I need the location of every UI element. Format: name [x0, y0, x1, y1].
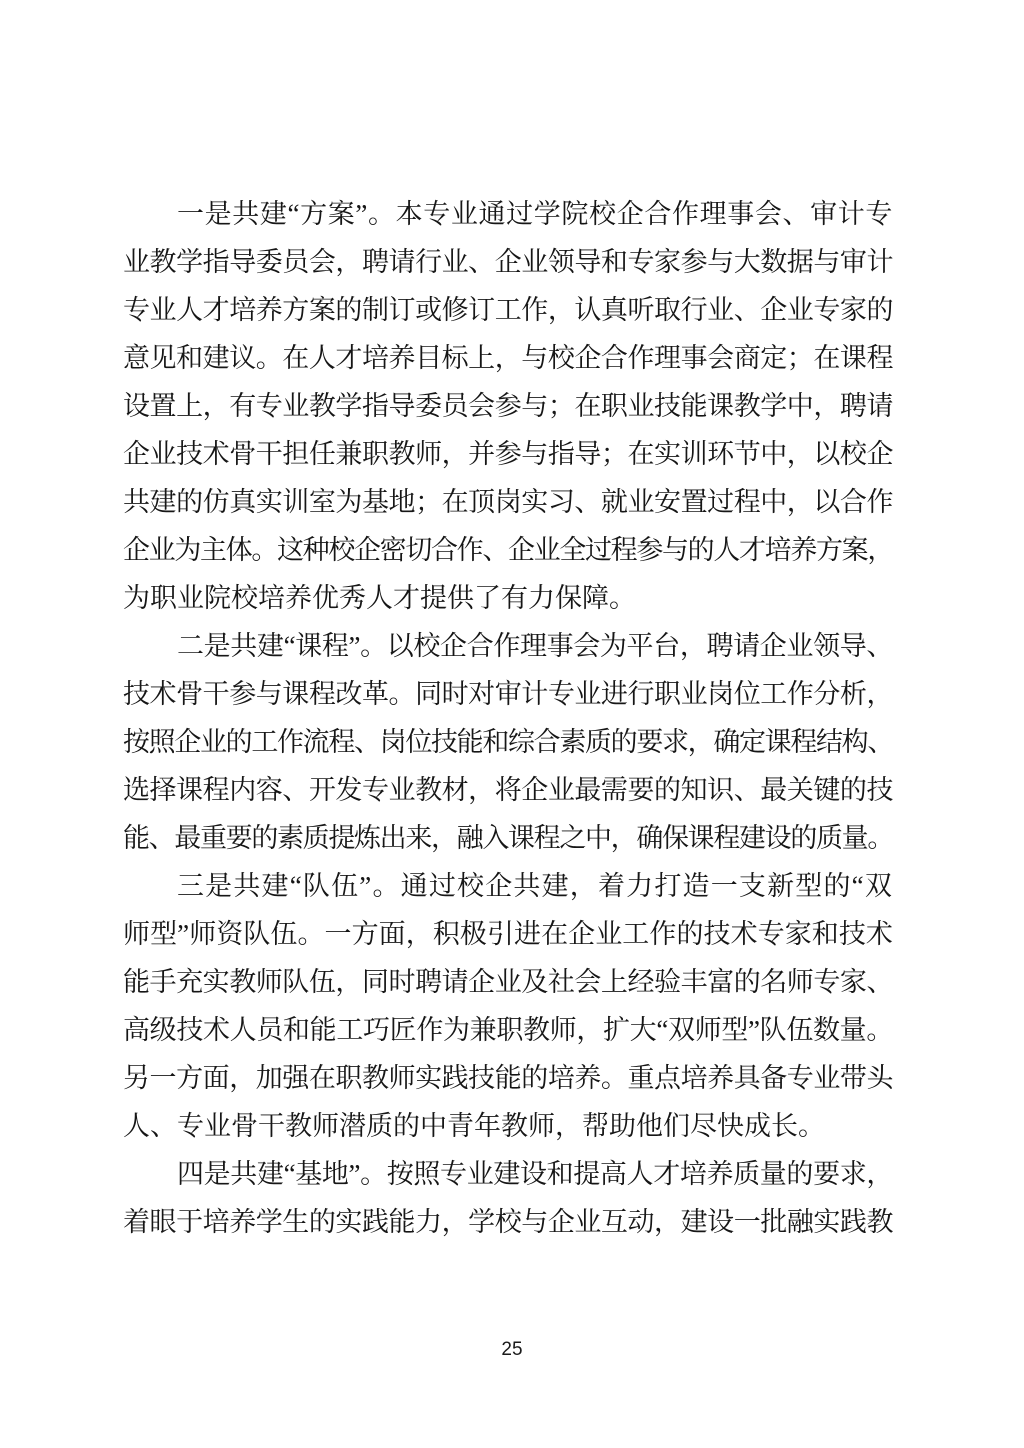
text-line: 人、专业骨干教师潜质的中青年教师，帮助他们尽快成长。 [123, 1102, 893, 1150]
text-line: 技术骨干参与课程改革。同时对审计专业进行职业岗位工作分析， [123, 670, 893, 718]
text-line: 企业技术骨干担任兼职教师，并参与指导；在实训环节中，以校企 [123, 430, 893, 478]
text-line: 高级技术人员和能工巧匠作为兼职教师，扩大“双师型”队伍数量。 [123, 1006, 893, 1054]
page-footer: 25 [0, 1336, 1024, 1364]
text-line: 业教学指导委员会，聘请行业、企业领导和专家参与大数据与审计 [123, 238, 893, 286]
text-line: 四是共建“基地”。按照专业建设和提高人才培养质量的要求， [123, 1150, 893, 1198]
text-line: 为职业院校培养优秀人才提供了有力保障。 [123, 574, 893, 622]
text-line: 另一方面，加强在职教师实践技能的培养。重点培养具备专业带头 [123, 1054, 893, 1102]
text-line: 意见和建议。在人才培养目标上，与校企合作理事会商定；在课程 [123, 334, 893, 382]
text-line: 选择课程内容、开发专业教材，将企业最需要的知识、最关键的技 [123, 766, 893, 814]
text-line: 能手充实教师队伍，同时聘请企业及社会上经验丰富的名师专家、 [123, 958, 893, 1006]
text-line: 三是共建“队伍”。通过校企共建，着力打造一支新型的“双 [123, 862, 893, 910]
document-body: 一是共建“方案”。本专业通过学院校企合作理事会、审计专业教学指导委员会，聘请行业… [123, 190, 893, 1246]
text-line: 共建的仿真实训室为基地；在顶岗实习、就业安置过程中，以合作 [123, 478, 893, 526]
text-line: 师型”师资队伍。一方面，积极引进在企业工作的技术专家和技术 [123, 910, 893, 958]
text-line: 着眼于培养学生的实践能力，学校与企业互动，建设一批融实践教 [123, 1198, 893, 1246]
text-line: 专业人才培养方案的制订或修订工作，认真听取行业、企业专家的 [123, 286, 893, 334]
text-line: 设置上，有专业教学指导委员会参与；在职业技能课教学中，聘请 [123, 382, 893, 430]
text-line: 企业为主体。这种校企密切合作、企业全过程参与的人才培养方案， [123, 526, 893, 574]
text-line: 能、最重要的素质提炼出来，融入课程之中，确保课程建设的质量。 [123, 814, 893, 862]
document-page: 一是共建“方案”。本专业通过学院校企合作理事会、审计专业教学指导委员会，聘请行业… [0, 0, 1024, 1448]
text-line: 一是共建“方案”。本专业通过学院校企合作理事会、审计专 [123, 190, 893, 238]
page-number: 25 [501, 1339, 522, 1360]
text-line: 按照企业的工作流程、岗位技能和综合素质的要求，确定课程结构、 [123, 718, 893, 766]
text-line: 二是共建“课程”。以校企合作理事会为平台，聘请企业领导、 [123, 622, 893, 670]
